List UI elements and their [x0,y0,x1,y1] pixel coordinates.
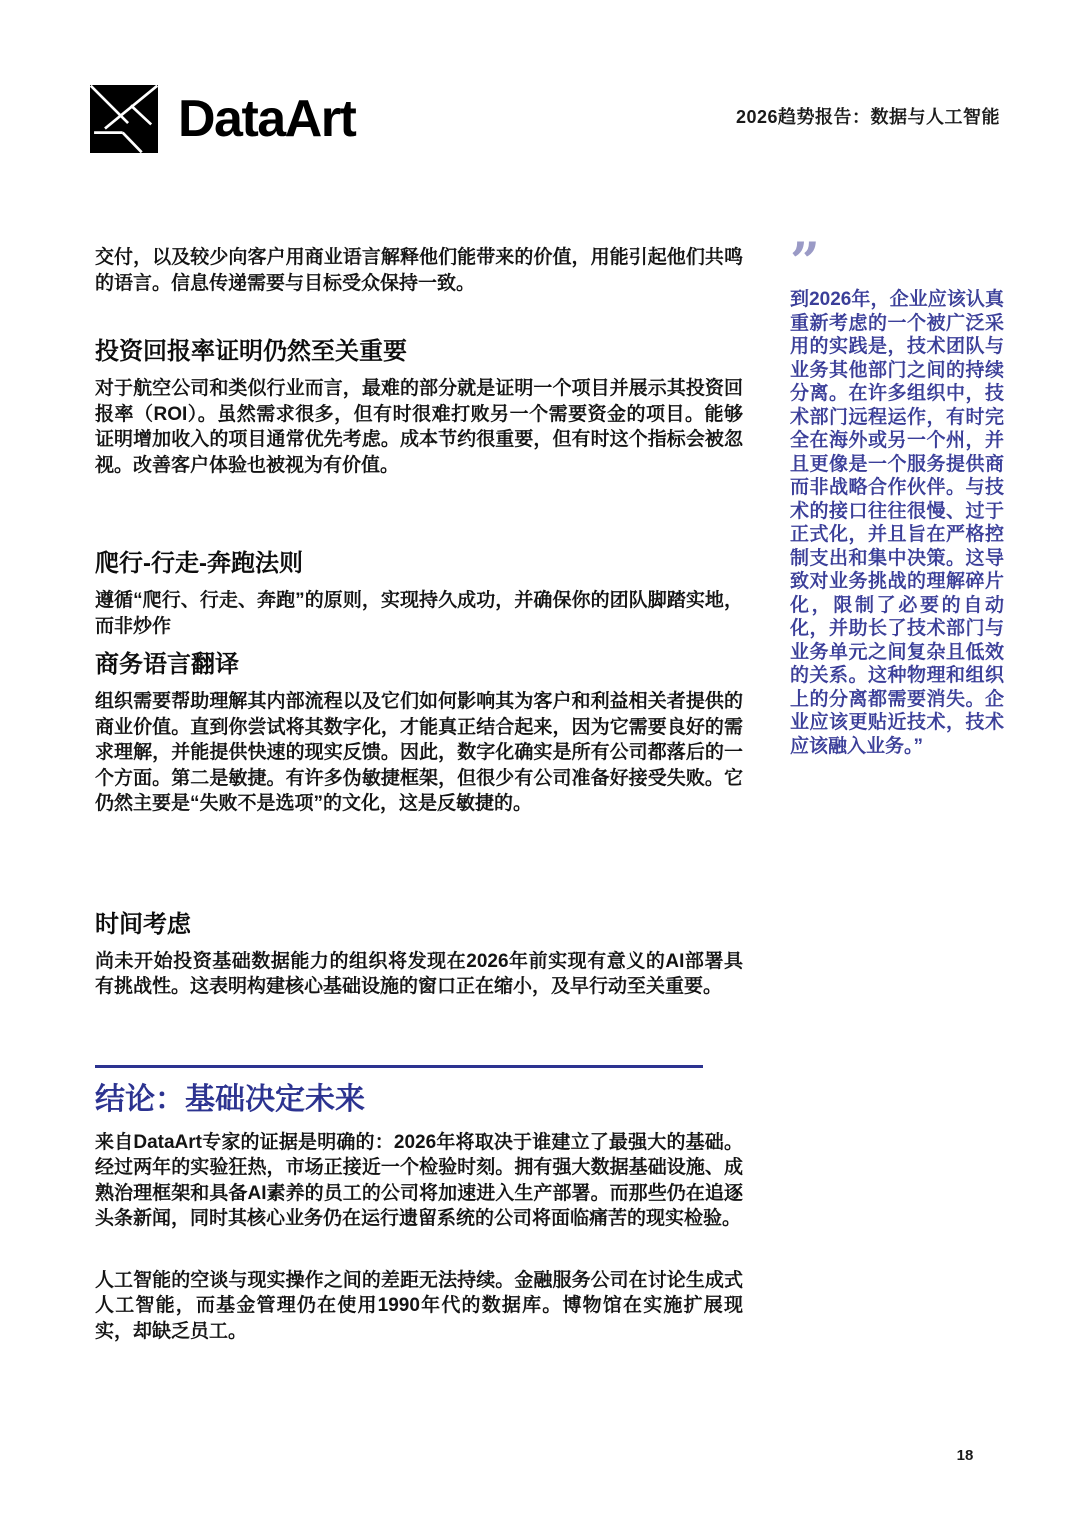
conclusion-divider [95,1065,703,1068]
intro-paragraph: 交付，以及较少向客户用商业语言解释他们能带来的价值，用能引起他们共鸣的语言。信息… [95,245,743,296]
brand-logo: DataArt [90,84,355,154]
main-column: 交付，以及较少向客户用商业语言解释他们能带来的价值，用能引起他们共鸣的语言。信息… [95,245,743,1344]
section-heading: 爬行-行走-奔跑法则 [95,548,743,580]
report-page: { "header": { "brand": "DataArt", "repor… [0,0,1080,1527]
section-crawl-walk-run: 爬行-行走-奔跑法则 遵循“爬行、行走、奔跑”的原则，实现持久成功，并确保你的团… [95,548,743,639]
section-body: 组织需要帮助理解其内部流程以及它们如何影响其为客户和利益相关者提供的商业价值。直… [95,689,743,817]
section-heading: 商务语言翻译 [95,649,743,681]
report-title: 2026趋势报告：数据与人工智能 [600,103,1000,129]
section-timing: 时间考虑 尚未开始投资基础数据能力的组织将发现在2026年前实现有意义的AI部署… [95,909,743,1000]
section-body: 遵循“爬行、行走、奔跑”的原则，实现持久成功，并确保你的团队脚踏实地，而非炒作 [95,588,743,639]
quote-marks-icon: ” [790,248,1004,282]
brand-name: DataArt [178,93,355,145]
conclusion-paragraph: 来自DataArt专家的证据是明确的：2026年将取决于谁建立了最强大的基础。经… [95,1130,743,1232]
pull-quote: ” 到2026年，企业应该认真重新考虑的一个被广泛采用的实践是，技术团队与业务其… [790,248,1004,758]
section-business-language: 商务语言翻译 组织需要帮助理解其内部流程以及它们如何影响其为客户和利益相关者提供… [95,649,743,817]
pull-quote-text: 到2026年，企业应该认真重新考虑的一个被广泛采用的实践是，技术团队与业务其他部… [790,288,1004,758]
section-body: 对于航空公司和类似行业而言，最难的部分就是证明一个项目并展示其投资回报率（ROI… [95,376,743,478]
section-heading: 投资回报率证明仍然至关重要 [95,336,743,368]
dataart-tangram-icon [90,84,158,154]
conclusion-paragraph: 人工智能的空谈与现实操作之间的差距无法持续。金融服务公司在讨论生成式人工智能，而… [95,1268,743,1345]
section-roi-proof: 投资回报率证明仍然至关重要 对于航空公司和类似行业而言，最难的部分就是证明一个项… [95,336,743,478]
section-heading: 时间考虑 [95,909,743,941]
section-body: 尚未开始投资基础数据能力的组织将发现在2026年前实现有意义的AI部署具有挑战性… [95,949,743,1000]
page-number: 18 [940,1447,990,1464]
conclusion-heading: 结论：基础决定未来 [95,1080,743,1120]
